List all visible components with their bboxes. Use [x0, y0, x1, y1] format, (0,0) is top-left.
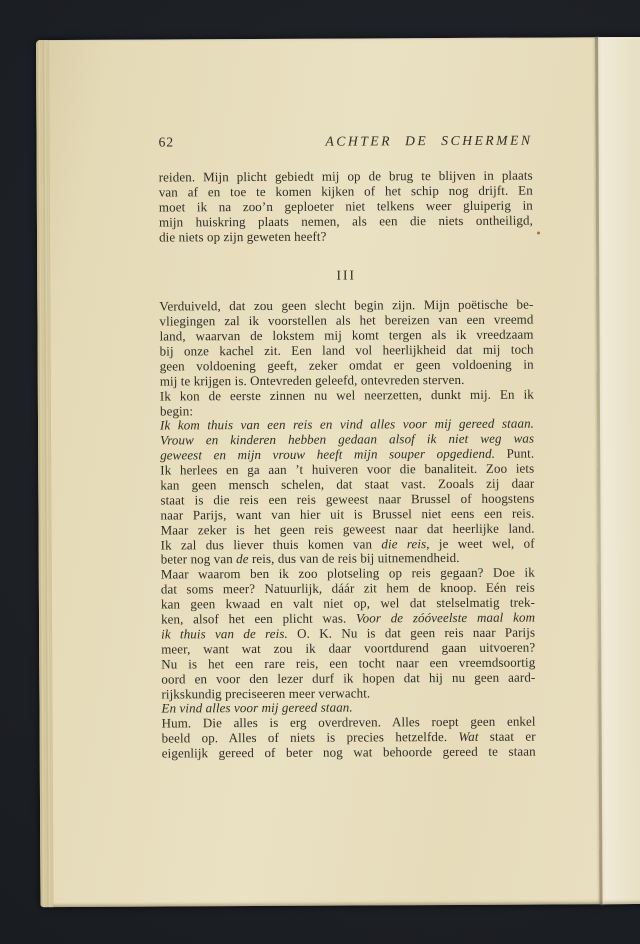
scan-background: 62 ACHTER DE SCHERMEN reiden. Mijn plich… — [0, 0, 640, 944]
running-header: 62 ACHTER DE SCHERMEN — [159, 133, 533, 151]
text-segment: O. K. Nu is dat geen reis naar Parijs — [288, 624, 535, 640]
text-segment: eigenlijk gereed of beter nog wat behoor… — [162, 744, 536, 761]
text-segment: mijn huiskring plaats nemen, als een die… — [159, 212, 533, 229]
italic-text-segment: Voor de zóóveelste maal kom — [356, 610, 535, 626]
text-segment: beeld op. Alles of niets is precies hetz… — [162, 729, 459, 746]
book-page: 62 ACHTER DE SCHERMEN reiden. Mijn plich… — [36, 37, 640, 907]
text-segment: rijkskundig preciseeren meer verwacht. — [161, 685, 370, 701]
italic-text-segment: die reis, — [381, 536, 429, 551]
text-segment: staat er — [478, 729, 535, 744]
text-line: die niets op zijn geweten heeft? — [159, 228, 533, 245]
italic-text-segment: Wat — [458, 729, 478, 744]
text-line: mijn huiskring plaats nemen, als een die… — [159, 213, 533, 230]
text-line: Ik kon de eerste zinnen nu wel neerzette… — [160, 387, 534, 404]
text-segment: Ik zal dus liever thuis komen van — [161, 536, 382, 552]
text-segment: oord en voor den lezer durf ik hopen dat… — [161, 669, 535, 686]
italic-text-segment: En vind alles voor mij gereed staan. — [161, 700, 352, 716]
text-segment: mij te krijgen is. Ontevreden geleefd, o… — [160, 372, 465, 389]
text-segment: Punt. — [495, 446, 534, 461]
text-segment: ken, alsof het een plicht was. — [161, 611, 356, 627]
text-segment: reis, dus van de reis bij uitnemendheid. — [249, 550, 460, 566]
text-line: eigenlijk gereed of beter nog wat behoor… — [162, 745, 536, 762]
text-segment: je weet wel, of — [430, 535, 535, 551]
running-title: ACHTER DE SCHERMEN — [325, 133, 532, 150]
page-number: 62 — [159, 134, 175, 150]
text-segment: geen voldoening geeft, zeker omdat er ge… — [160, 356, 534, 373]
page-content: 62 ACHTER DE SCHERMEN reiden. Mijn plich… — [36, 37, 640, 907]
text-segment: Ik kon de eerste zinnen nu wel neerzette… — [160, 386, 534, 403]
text-segment: beter nog van — [161, 552, 236, 567]
italic-text-segment: ik thuis van de reis. — [161, 626, 288, 642]
text-body: reiden. Mijn plicht gebiedt mij op de br… — [159, 169, 536, 762]
text-segment: begin: — [160, 403, 193, 418]
section-heading: III — [159, 268, 533, 285]
text-segment: die niets op zijn geweten heeft? — [159, 228, 327, 244]
italic-text-segment: de — [236, 552, 249, 567]
